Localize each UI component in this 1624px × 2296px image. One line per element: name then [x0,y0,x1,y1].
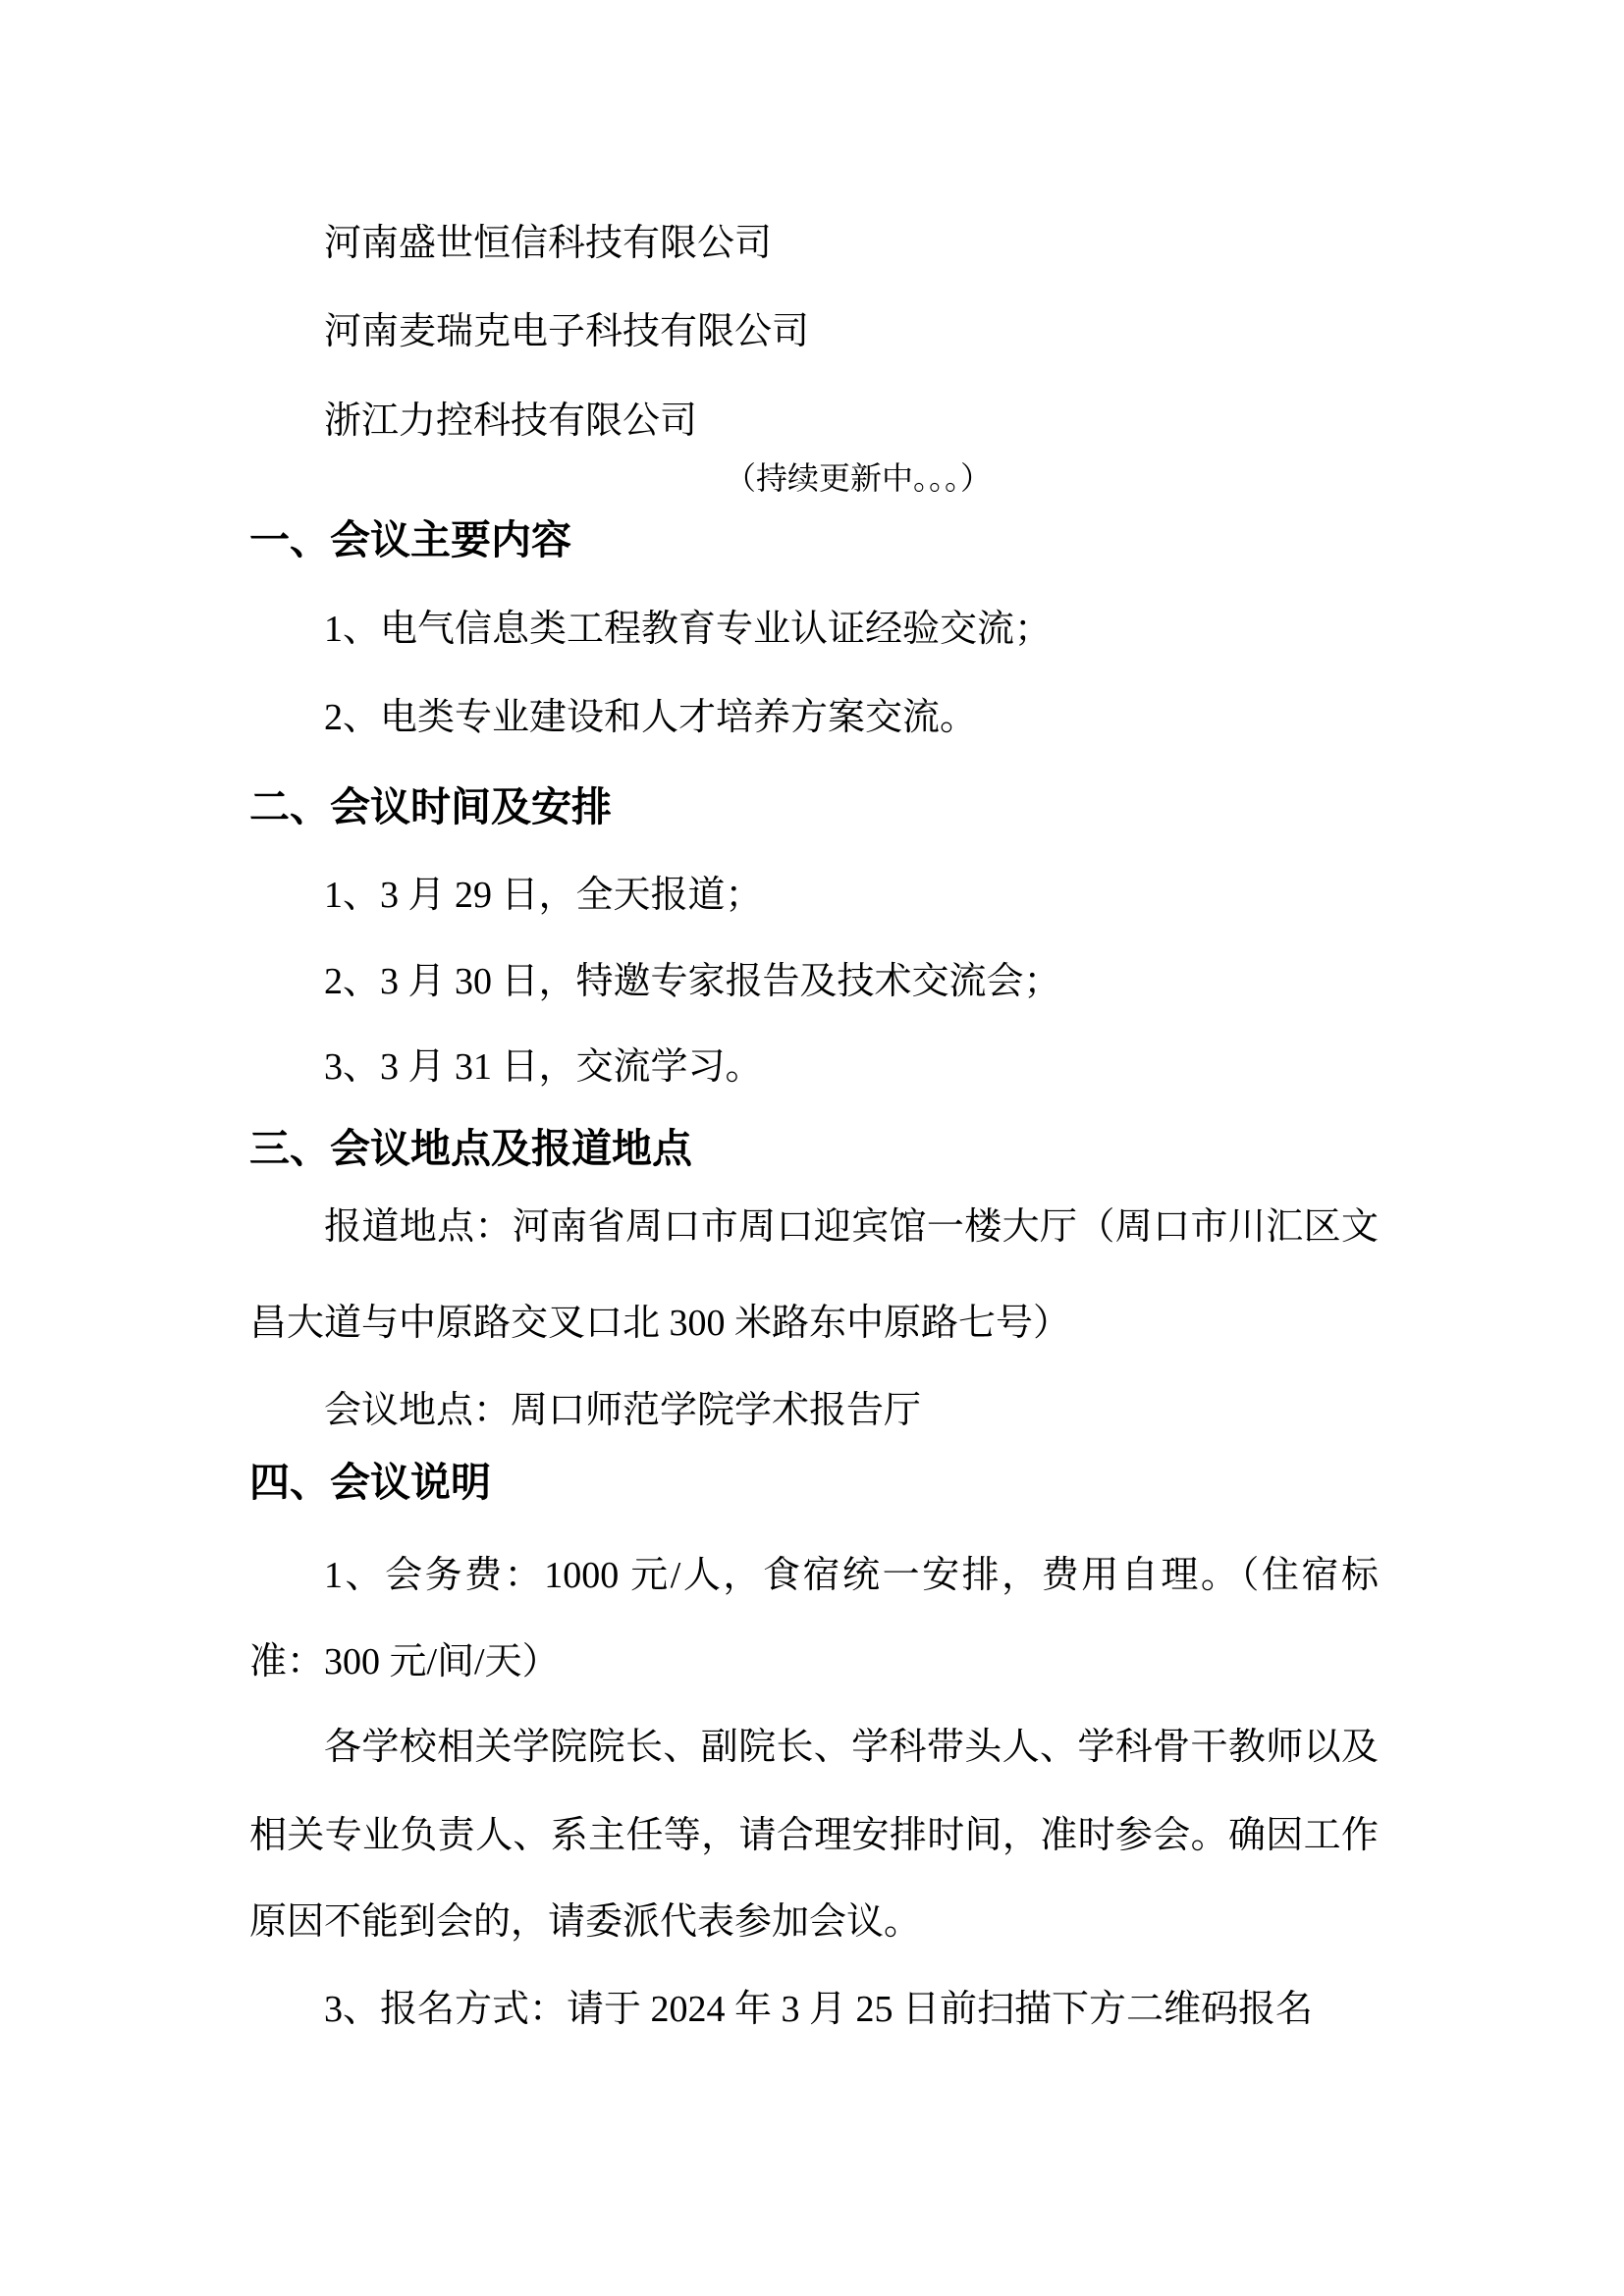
agenda-item-1: 1、电气信息类工程教育专业认证经验交流； [249,606,1379,653]
schedule-item-2: 2、3 月 30 日，特邀专家报告及技术交流会； [249,958,1379,1005]
update-status-note: （持续更新中。。。） [249,458,1423,498]
agenda-item-2: 2、电类专业建设和人才培养方案交流。 [249,694,1379,741]
fee-note-line-2: 准：300 元/间/天） [249,1638,1379,1685]
supporting-company-line-2: 河南麦瑞克电子科技有限公司 [249,308,1379,355]
checkin-location-line-2: 昌大道与中原路交叉口北 300 米路东中原路七号） [249,1300,1379,1347]
attendee-note-line-3: 原因不能到会的，请委派代表参加会议。 [249,1898,1379,1946]
meeting-location-line: 会议地点：周口师范学院学术报告厅 [249,1387,1379,1434]
supporting-company-line-3: 浙江力控科技有限公司 [249,398,1379,445]
section-heading-location: 三、会议地点及报道地点 [249,1123,1379,1174]
attendee-note-line-2: 相关专业负责人、系主任等，请合理安排时间，准时参会。确因工作 [249,1812,1379,1859]
document-page: 河南盛世恒信科技有限公司 河南麦瑞克电子科技有限公司 浙江力控科技有限公司 （持… [0,0,1624,2296]
schedule-item-3: 3、3 月 31 日，交流学习。 [249,1043,1379,1091]
section-heading-main-content: 一、会议主要内容 [249,514,1379,565]
supporting-company-line-1: 河南盛世恒信科技有限公司 [249,220,1379,267]
checkin-location-line-1: 报道地点：河南省周口市周口迎宾馆一楼大厅（周口市川汇区文 [249,1203,1379,1251]
schedule-item-1: 1、3 月 29 日，全天报道； [249,872,1379,919]
section-heading-schedule: 二、会议时间及安排 [249,781,1379,832]
section-heading-notes: 四、会议说明 [249,1457,1379,1508]
fee-note-line-1: 1、会务费：1000 元/人，食宿统一安排，费用自理。（住宿标 [249,1552,1379,1599]
attendee-note-line-1: 各学校相关学院院长、副院长、学科带头人、学科骨干教师以及 [249,1724,1379,1771]
registration-method-line: 3、报名方式：请于 2024 年 3 月 25 日前扫描下方二维码报名 [249,1986,1379,2033]
